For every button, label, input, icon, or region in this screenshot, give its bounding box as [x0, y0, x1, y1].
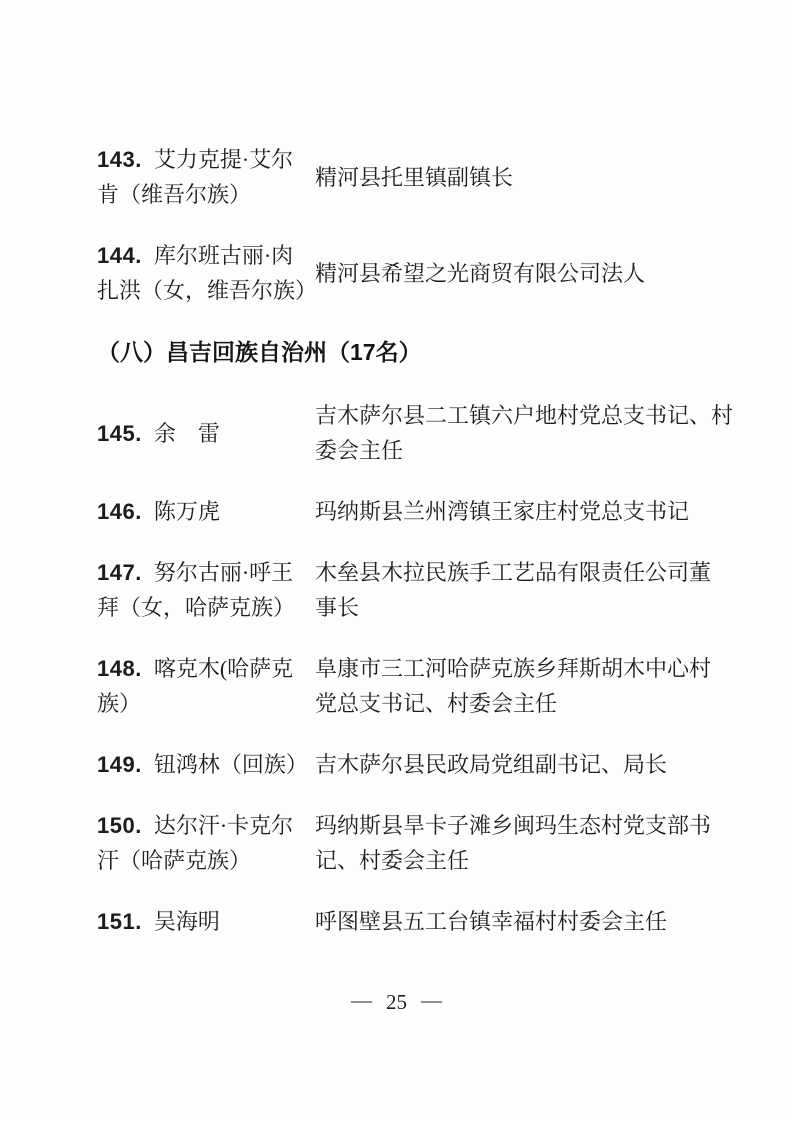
entry-row: 150.达尔汗·卡克尔汗（哈萨克族）玛纳斯县旱卡子滩乡闽玛生态村党支部书记、村委…	[97, 808, 715, 878]
entry-name-line: 汗（哈萨克族）	[97, 843, 315, 878]
entry-list-bottom: 145.余 雷吉木萨尔县二工镇六户地村党总支书记、村委会主任146.陈万虎玛纳斯…	[97, 398, 715, 939]
entry-name-line: 145.余 雷	[97, 416, 315, 451]
entry-row: 149.钮鸿林（回族）吉木萨尔县民政局党组副书记、局长	[97, 747, 715, 782]
entry-position: 玛纳斯县兰州湾镇王家庄村党总支书记	[315, 494, 715, 529]
entry-position-line: 精河县希望之光商贸有限公司法人	[315, 256, 715, 291]
entry-row: 144.库尔班古丽·肉扎洪（女，维吾尔族）精河县希望之光商贸有限公司法人	[97, 238, 715, 308]
entry-name: 148.喀克木(哈萨克族）	[97, 651, 315, 721]
entry-number: 144.	[97, 243, 142, 268]
entry-position-line: 精河县托里镇副镇长	[315, 160, 715, 195]
entry-number: 145.	[97, 421, 142, 446]
entry-number: 146.	[97, 499, 142, 524]
entry-name-text: 喀克木(哈萨克	[154, 656, 293, 681]
section-header: （八）昌吉回族自治州（17名）	[97, 334, 715, 370]
entry-name-text: 钮鸿林（回族）	[154, 752, 308, 777]
entry-number: 149.	[97, 752, 142, 777]
entry-name-text: 陈万虎	[154, 499, 220, 524]
entry-row: 145.余 雷吉木萨尔县二工镇六户地村党总支书记、村委会主任	[97, 398, 715, 468]
entry-name-line: 147.努尔古丽·呼王	[97, 555, 315, 590]
entry-position-line: 阜康市三工河哈萨克族乡拜斯胡木中心村	[315, 651, 715, 686]
entry-name-line: 150.达尔汗·卡克尔	[97, 808, 315, 843]
entry-position-line: 玛纳斯县旱卡子滩乡闽玛生态村党支部书	[315, 808, 715, 843]
page-number: 25	[386, 990, 407, 1015]
entry-position-line: 委会主任	[315, 433, 715, 468]
entry-position: 精河县托里镇副镇长	[315, 160, 715, 195]
entry-number: 150.	[97, 813, 142, 838]
entry-position: 精河县希望之光商贸有限公司法人	[315, 256, 715, 291]
entry-list-top: 143.艾力克提·艾尔肯（维吾尔族）精河县托里镇副镇长144.库尔班古丽·肉扎洪…	[97, 142, 715, 308]
entry-row: 151.吴海明呼图壁县五工台镇幸福村村委会主任	[97, 904, 715, 939]
entry-name-text: 吴海明	[154, 909, 220, 934]
entry-position-line: 木垒县木拉民族手工艺品有限责任公司董	[315, 555, 715, 590]
entry-row: 147.努尔古丽·呼王拜（女，哈萨克族）木垒县木拉民族手工艺品有限责任公司董事长	[97, 555, 715, 625]
entry-name: 146.陈万虎	[97, 494, 315, 529]
entry-position: 吉木萨尔县民政局党组副书记、局长	[315, 747, 715, 782]
entry-position: 呼图壁县五工台镇幸福村村委会主任	[315, 904, 715, 939]
footer-dash-right: —	[421, 988, 442, 1013]
entry-name-line: 肯（维吾尔族）	[97, 177, 315, 212]
entry-number: 151.	[97, 909, 142, 934]
entry-position-line: 党总支书记、村委会主任	[315, 686, 715, 721]
entry-number: 147.	[97, 560, 142, 585]
entry-name-text: 努尔古丽·呼王	[154, 560, 293, 585]
entry-row: 143.艾力克提·艾尔肯（维吾尔族）精河县托里镇副镇长	[97, 142, 715, 212]
entry-position-line: 记、村委会主任	[315, 843, 715, 878]
entry-number: 143.	[97, 147, 142, 172]
entry-name-text: 肯（维吾尔族）	[97, 182, 251, 207]
entry-name-line: 143.艾力克提·艾尔	[97, 142, 315, 177]
entry-name-text: 汗（哈萨克族）	[97, 848, 251, 873]
entry-name-text: 达尔汗·卡克尔	[154, 813, 293, 838]
entry-name: 150.达尔汗·卡克尔汗（哈萨克族）	[97, 808, 315, 878]
entry-name-text: 拜（女，哈萨克族）	[97, 595, 295, 620]
entry-name-line: 151.吴海明	[97, 904, 315, 939]
entry-position-line: 玛纳斯县兰州湾镇王家庄村党总支书记	[315, 494, 715, 529]
entry-name-line: 族）	[97, 686, 315, 721]
entry-position-line: 呼图壁县五工台镇幸福村村委会主任	[315, 904, 715, 939]
entry-name-line: 扎洪（女，维吾尔族）	[97, 273, 315, 308]
entry-name: 144.库尔班古丽·肉扎洪（女，维吾尔族）	[97, 238, 315, 308]
entry-name: 151.吴海明	[97, 904, 315, 939]
entry-name-text: 库尔班古丽·肉	[154, 243, 293, 268]
entry-name-text: 余 雷	[154, 421, 220, 446]
entry-position: 木垒县木拉民族手工艺品有限责任公司董事长	[315, 555, 715, 625]
entry-position-line: 事长	[315, 590, 715, 625]
entry-position-line: 吉木萨尔县民政局党组副书记、局长	[315, 747, 715, 782]
entry-name: 149.钮鸿林（回族）	[97, 747, 315, 782]
entry-name-line: 148.喀克木(哈萨克	[97, 651, 315, 686]
entry-row: 146.陈万虎玛纳斯县兰州湾镇王家庄村党总支书记	[97, 494, 715, 529]
entry-name-text: 扎洪（女，维吾尔族）	[97, 278, 317, 303]
entry-position-line: 吉木萨尔县二工镇六户地村党总支书记、村	[315, 398, 715, 433]
entry-name: 143.艾力克提·艾尔肯（维吾尔族）	[97, 142, 315, 212]
entry-position: 阜康市三工河哈萨克族乡拜斯胡木中心村党总支书记、村委会主任	[315, 651, 715, 721]
entry-name-text: 艾力克提·艾尔	[154, 147, 293, 172]
document-page: 143.艾力克提·艾尔肯（维吾尔族）精河县托里镇副镇长144.库尔班古丽·肉扎洪…	[0, 0, 793, 1121]
entry-position: 吉木萨尔县二工镇六户地村党总支书记、村委会主任	[315, 398, 715, 468]
entry-number: 148.	[97, 656, 142, 681]
entry-row: 148.喀克木(哈萨克族）阜康市三工河哈萨克族乡拜斯胡木中心村党总支书记、村委会…	[97, 651, 715, 721]
entry-name: 145.余 雷	[97, 416, 315, 451]
entry-name-line: 144.库尔班古丽·肉	[97, 238, 315, 273]
entry-name-line: 拜（女，哈萨克族）	[97, 590, 315, 625]
entry-name: 147.努尔古丽·呼王拜（女，哈萨克族）	[97, 555, 315, 625]
footer-dash-left: —	[351, 988, 372, 1013]
entry-position: 玛纳斯县旱卡子滩乡闽玛生态村党支部书记、村委会主任	[315, 808, 715, 878]
entry-name-text: 族）	[97, 691, 141, 716]
page-footer: —25—	[0, 990, 793, 1015]
entry-name-line: 149.钮鸿林（回族）	[97, 747, 315, 782]
entry-name-line: 146.陈万虎	[97, 494, 315, 529]
